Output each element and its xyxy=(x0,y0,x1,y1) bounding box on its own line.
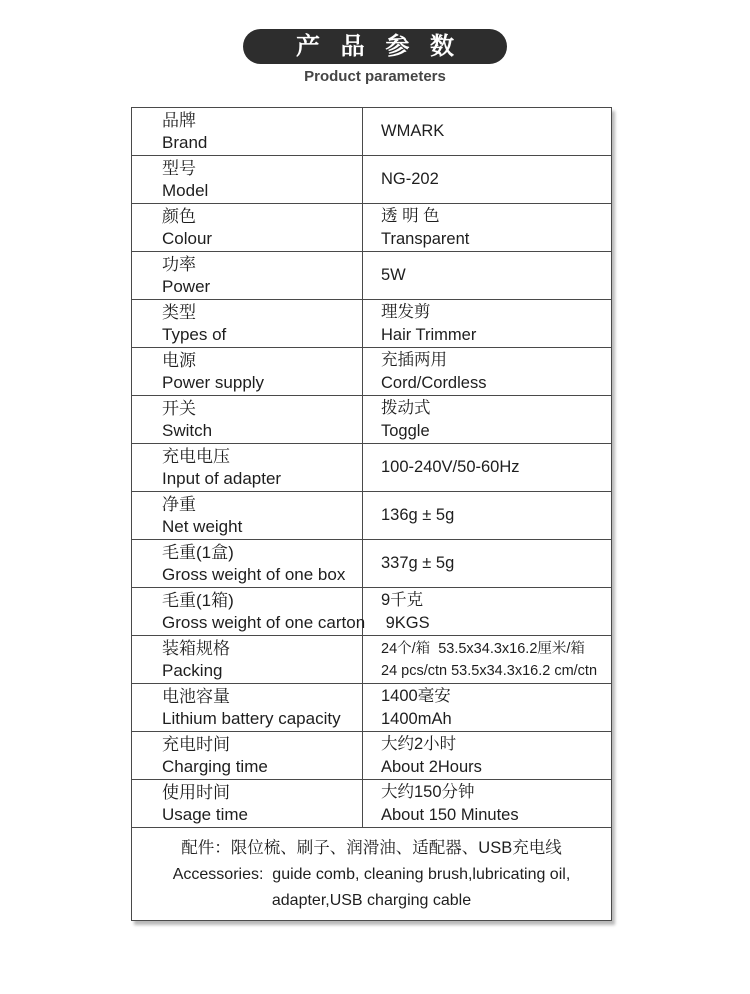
table-row: 净重Net weight136g ± 5g xyxy=(132,492,611,540)
param-label-zh: 电源 xyxy=(162,350,362,372)
accessories-line-en: Accessories: guide comb, cleaning brush,… xyxy=(173,862,571,888)
param-value-line: 136g ± 5g xyxy=(381,504,611,527)
param-label-zh: 净重 xyxy=(162,494,362,516)
table-row: 电源Power supply充插两用Cord/Cordless xyxy=(132,348,611,396)
param-value-line: 拨动式 xyxy=(381,397,611,420)
param-value-cell: 1400毫安1400mAh xyxy=(363,684,611,731)
param-label-zh: 颜色 xyxy=(162,206,362,228)
param-value-line: 24 pcs/ctn 53.5x34.3x16.2 cm/ctn xyxy=(381,660,611,682)
param-label-zh: 充电时间 xyxy=(162,734,362,756)
param-label-cell: 充电电压Input of adapter xyxy=(132,444,363,491)
spec-table: 品牌BrandWMARK型号ModelNG-202颜色Colour透 明 色Tr… xyxy=(131,107,612,921)
param-label-zh: 毛重(1盒) xyxy=(162,542,362,564)
param-label-en: Usage time xyxy=(162,804,362,826)
param-label-en: Packing xyxy=(162,660,362,682)
param-label-cell: 净重Net weight xyxy=(132,492,363,539)
table-row: 电池容量Lithium battery capacity1400毫安1400mA… xyxy=(132,684,611,732)
table-row: 功率Power5W xyxy=(132,252,611,300)
param-label-en: Gross weight of one carton xyxy=(162,612,362,634)
table-row: 毛重(1箱)Gross weight of one carton9千克 9KGS xyxy=(132,588,611,636)
param-value-line: About 150 Minutes xyxy=(381,804,611,827)
param-value-line: 大约2小时 xyxy=(381,733,611,756)
param-value-cell: 大约2小时About 2Hours xyxy=(363,732,611,779)
param-label-zh: 功率 xyxy=(162,254,362,276)
param-value-cell: 透 明 色Transparent xyxy=(363,204,611,251)
param-value-cell: 136g ± 5g xyxy=(363,492,611,539)
param-label-cell: 功率Power xyxy=(132,252,363,299)
param-value-cell: 24个/箱 53.5x34.3x16.2厘米/箱24 pcs/ctn 53.5x… xyxy=(363,636,611,683)
param-value-line: 大约150分钟 xyxy=(381,781,611,804)
param-value-cell: 大约150分钟About 150 Minutes xyxy=(363,780,611,827)
param-label-en: Charging time xyxy=(162,756,362,778)
param-value-cell: 9千克 9KGS xyxy=(363,588,611,635)
param-value-line: About 2Hours xyxy=(381,756,611,779)
table-row: 型号ModelNG-202 xyxy=(132,156,611,204)
param-value-cell: NG-202 xyxy=(363,156,611,203)
table-row: 装箱规格Packing24个/箱 53.5x34.3x16.2厘米/箱24 pc… xyxy=(132,636,611,684)
table-row: 类型Types of理发剪Hair Trimmer xyxy=(132,300,611,348)
param-label-zh: 类型 xyxy=(162,302,362,324)
table-row: 颜色Colour透 明 色Transparent xyxy=(132,204,611,252)
page-title-zh: 产 品 参 数 xyxy=(289,35,461,59)
param-label-zh: 电池容量 xyxy=(162,686,362,708)
param-label-cell: 电源Power supply xyxy=(132,348,363,395)
param-label-cell: 开关Switch xyxy=(132,396,363,443)
title-banner: 产 品 参 数 xyxy=(243,29,507,64)
param-value-line: 5W xyxy=(381,264,611,287)
param-value-cell: 100-240V/50-60Hz xyxy=(363,444,611,491)
param-value-line: 9千克 xyxy=(381,589,611,612)
param-label-cell: 电池容量Lithium battery capacity xyxy=(132,684,363,731)
param-label-en: Lithium battery capacity xyxy=(162,708,362,730)
param-label-en: Colour xyxy=(162,228,362,250)
param-value-line: Transparent xyxy=(381,228,611,251)
param-value-line: 100-240V/50-60Hz xyxy=(381,456,611,479)
param-label-en: Power xyxy=(162,276,362,298)
table-row: 使用时间Usage time大约150分钟About 150 Minutes xyxy=(132,780,611,828)
accessories-row: 配件：限位梳、刷子、润滑油、适配器、USB充电线 Accessories: gu… xyxy=(132,828,611,920)
accessories-line-zh: 配件：限位梳、刷子、润滑油、适配器、USB充电线 xyxy=(181,835,561,862)
param-label-cell: 品牌Brand xyxy=(132,108,363,155)
table-row: 充电电压Input of adapter100-240V/50-60Hz xyxy=(132,444,611,492)
param-value-line: 1400毫安 xyxy=(381,685,611,708)
param-label-cell: 类型Types of xyxy=(132,300,363,347)
param-value-cell: 理发剪Hair Trimmer xyxy=(363,300,611,347)
param-label-zh: 型号 xyxy=(162,158,362,180)
param-label-cell: 型号Model xyxy=(132,156,363,203)
param-label-en: Brand xyxy=(162,132,362,154)
param-label-en: Switch xyxy=(162,420,362,442)
param-value-line: 透 明 色 xyxy=(381,205,611,228)
param-label-zh: 充电电压 xyxy=(162,446,362,468)
param-label-zh: 使用时间 xyxy=(162,782,362,804)
param-label-en: Net weight xyxy=(162,516,362,538)
param-value-cell: WMARK xyxy=(363,108,611,155)
param-label-zh: 开关 xyxy=(162,398,362,420)
page-title-en: Product parameters xyxy=(0,68,750,85)
param-value-line: NG-202 xyxy=(381,168,611,191)
param-value-line: 337g ± 5g xyxy=(381,552,611,575)
param-label-cell: 颜色Colour xyxy=(132,204,363,251)
param-label-zh: 毛重(1箱) xyxy=(162,590,362,612)
param-label-zh: 装箱规格 xyxy=(162,638,362,660)
param-label-en: Gross weight of one box xyxy=(162,564,362,586)
param-value-line: Hair Trimmer xyxy=(381,324,611,347)
param-label-cell: 充电时间Charging time xyxy=(132,732,363,779)
table-row: 品牌BrandWMARK xyxy=(132,108,611,156)
param-label-en: Input of adapter xyxy=(162,468,362,490)
param-label-cell: 毛重(1箱)Gross weight of one carton xyxy=(132,588,363,635)
param-value-line: Cord/Cordless xyxy=(381,372,611,395)
param-value-line: 充插两用 xyxy=(381,349,611,372)
param-value-line: Toggle xyxy=(381,420,611,443)
param-value-line: 理发剪 xyxy=(381,301,611,324)
param-value-line: 24个/箱 53.5x34.3x16.2厘米/箱 xyxy=(381,638,611,660)
param-label-en: Power supply xyxy=(162,372,362,394)
param-value-cell: 5W xyxy=(363,252,611,299)
param-label-cell: 装箱规格Packing xyxy=(132,636,363,683)
param-label-en: Types of xyxy=(162,324,362,346)
param-label-cell: 使用时间Usage time xyxy=(132,780,363,827)
param-value-cell: 拨动式Toggle xyxy=(363,396,611,443)
param-label-zh: 品牌 xyxy=(162,110,362,132)
param-value-line: WMARK xyxy=(381,120,611,143)
param-value-line: 1400mAh xyxy=(381,708,611,731)
param-label-en: Model xyxy=(162,180,362,202)
table-row: 毛重(1盒)Gross weight of one box337g ± 5g xyxy=(132,540,611,588)
param-value-cell: 337g ± 5g xyxy=(363,540,611,587)
accessories-line-en: adapter,USB charging cable xyxy=(272,888,471,914)
table-row: 充电时间Charging time大约2小时About 2Hours xyxy=(132,732,611,780)
page: 产 品 参 数 Product parameters 品牌BrandWMARK型… xyxy=(0,0,750,994)
table-row: 开关Switch拨动式Toggle xyxy=(132,396,611,444)
param-value-line: 9KGS xyxy=(381,612,611,635)
param-value-cell: 充插两用Cord/Cordless xyxy=(363,348,611,395)
param-label-cell: 毛重(1盒)Gross weight of one box xyxy=(132,540,363,587)
